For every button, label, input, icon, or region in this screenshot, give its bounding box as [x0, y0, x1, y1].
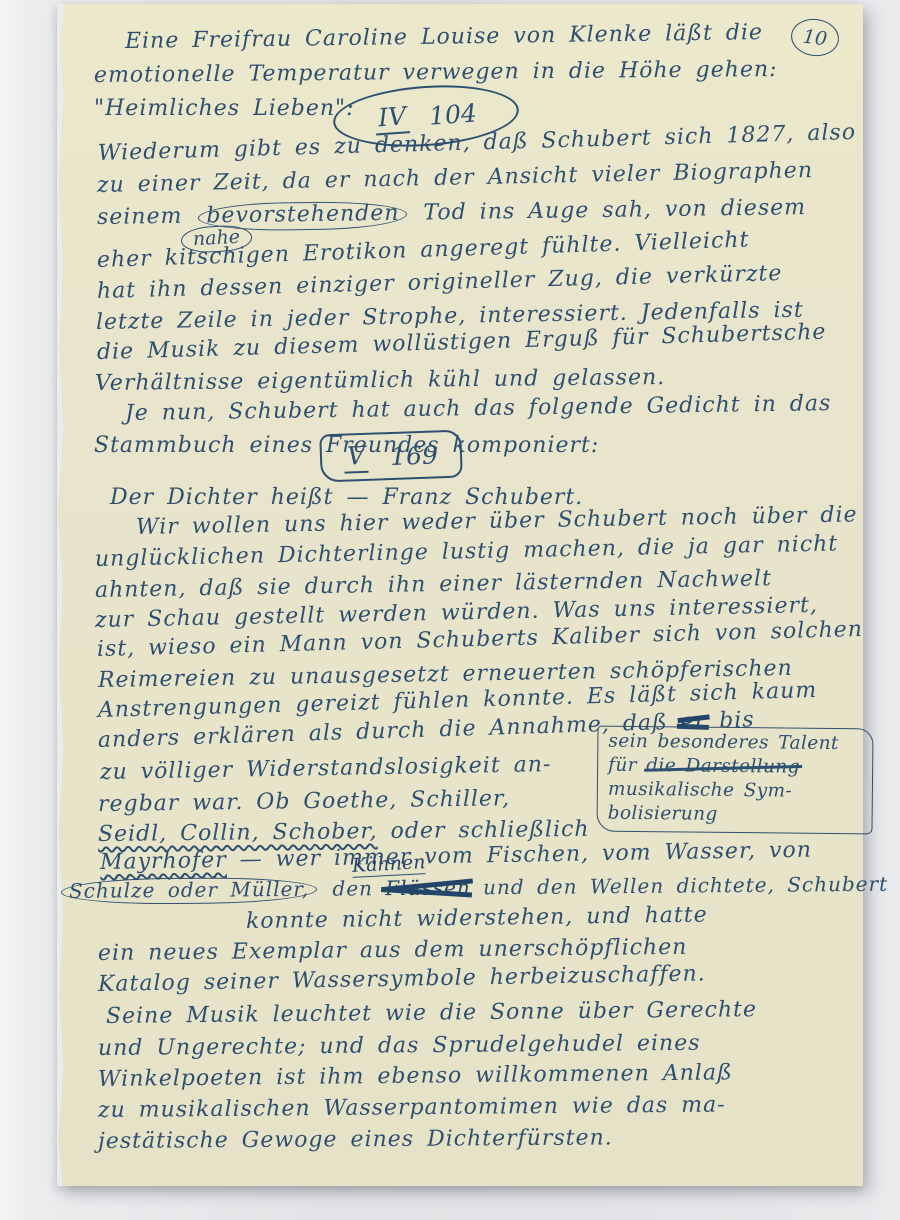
manuscript-photo: 10 Eine Freifrau Caroline Louise von Kle…	[0, 0, 900, 1220]
line-06-end: Tod ins Auge sah, von diesem	[423, 195, 806, 225]
margin-note-line-2: für die Darstellung	[608, 754, 864, 781]
page-number: 10	[802, 25, 829, 50]
margin-note-line-1: sein besonderes Talent	[608, 730, 864, 757]
margin-note-box: sein besonderes Talent für die Darstellu…	[596, 726, 873, 835]
line-06-start: seinem	[97, 204, 183, 230]
margin-note-line-4: bolisierung	[608, 802, 864, 829]
margin-note-fuer: für	[608, 755, 637, 776]
reference-page: 169	[390, 440, 439, 471]
reference-volume: IV	[374, 101, 410, 135]
line-27-den: den	[332, 876, 373, 900]
scribbled-out-word: Flüssen	[385, 876, 471, 899]
line-25-end: oder schließlich	[390, 817, 589, 844]
line-25-underlined: Seidl, Collin, Schober,	[98, 819, 378, 847]
margin-note-line-3: musikalische Sym-	[608, 778, 864, 805]
line-35: jestätische Gewoge eines Dichterfürsten.	[98, 1126, 613, 1154]
reference-box-V-169: V 169	[319, 430, 463, 483]
circled-insertion-schulze-oder-mueller: Schulze oder Müller,	[61, 877, 317, 905]
reference-volume: V	[344, 441, 369, 474]
reference-page: 104	[428, 98, 478, 130]
underlined-word-mayrhofer: Mayrhofer	[100, 848, 227, 875]
line-27-end: und den Wellen dichtete, Schubert	[483, 872, 888, 900]
line-14: Der Dichter heißt — Franz Schubert.	[110, 486, 583, 510]
margin-note-crossed-out: die Darstellung	[646, 754, 800, 780]
inserted-word-kaehnen: Kähnen	[351, 851, 426, 878]
line-03: "Heimliches Lieben":	[94, 97, 355, 121]
